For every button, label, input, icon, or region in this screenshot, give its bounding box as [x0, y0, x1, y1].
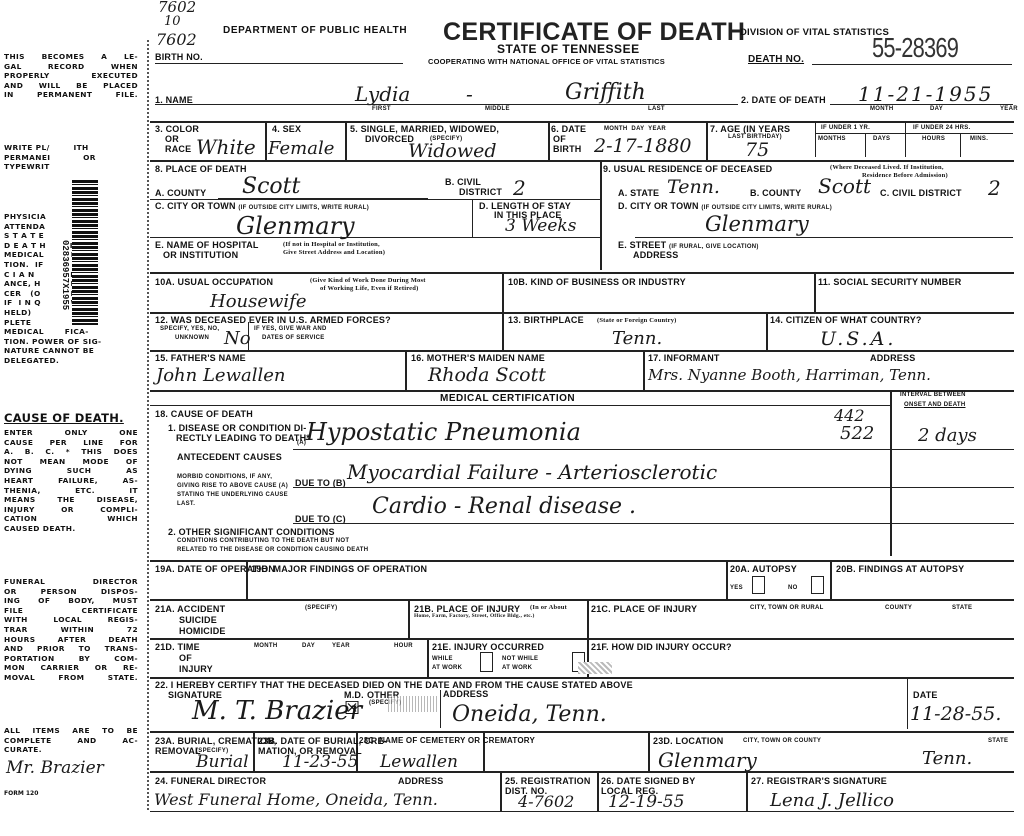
interval-value: 2 days: [918, 425, 977, 446]
last-name: Griffith: [565, 80, 646, 105]
physician-signature: M. T. Brazier: [192, 696, 362, 726]
sex-value: Female: [268, 138, 334, 159]
residence-county-value: Scott: [818, 174, 871, 198]
cause-c-value: Cardio - Renal disease .: [372, 494, 636, 519]
sidebar: THIS BECOMES A LE- GAL RECORD WHEN PROPE…: [0, 0, 150, 836]
marital-value: Widowed: [408, 140, 497, 162]
legal-notice: THIS BECOMES A LE- GAL RECORD WHEN PROPE…: [4, 52, 138, 100]
cause-b-value: Myocardial Failure - Arteriosclerotic: [347, 460, 717, 484]
residence-state-value: Tenn.: [667, 176, 720, 198]
physician-address: Oneida, Tenn.: [452, 702, 607, 727]
death-no-label: Death No.: [748, 54, 804, 65]
state-label: State of Tennessee: [497, 42, 640, 56]
death-city-value: Glenmary: [236, 212, 355, 240]
form-number: FORM 120: [4, 790, 38, 797]
citizen-value: U.S.A.: [820, 328, 896, 350]
residence-city-value: Glenmary: [705, 212, 809, 236]
burial-location-city: Glenmary: [658, 748, 757, 772]
funeral-value: West Funeral Home, Oneida, Tenn.: [154, 790, 438, 809]
stamp-mid: 10: [164, 14, 181, 29]
burial-value: Burial: [196, 752, 249, 772]
father-value: John Lewallen: [156, 365, 285, 386]
barcode-number: 02836957X1955: [56, 240, 70, 300]
cause-code-2: 522: [840, 423, 874, 444]
residence-district-value: 2: [988, 176, 1001, 200]
burial-location-state: Tenn.: [922, 748, 972, 769]
stay-value: 3 Weeks: [505, 216, 576, 236]
date-of-death-value: 11-21-1955: [858, 82, 993, 106]
armed-forces-value: No: [224, 328, 251, 349]
write-notice: WRITE PL/ ITH PERMANEI OR TYPEWRIT: [4, 143, 138, 172]
middle-name: -: [466, 82, 473, 106]
death-district-value: 2: [513, 176, 526, 200]
cause-heading: CAUSE OF DEATH.: [4, 411, 124, 425]
perforation-line: [147, 40, 149, 810]
barcode: [72, 180, 98, 325]
birth-date-value: 2-17-1880: [594, 135, 691, 157]
certify-date: 11-28-55.: [910, 703, 1001, 725]
funeral-notice: FUNERAL DIRECTOR OR PERSON DISPOS- ING O…: [4, 577, 138, 683]
race-value: White: [196, 135, 256, 159]
birthplace-value: Tenn.: [612, 328, 662, 349]
division-label: Division of Vital Statistics: [740, 27, 889, 38]
registrar-signature: Lena J. Jellico: [770, 790, 894, 811]
birth-no-label: Birth No.: [155, 52, 203, 62]
department-label: Department of Public Health: [223, 25, 407, 36]
md-checkbox[interactable]: ☒: [344, 698, 360, 719]
date-signed-value: 12-19-55: [608, 792, 684, 812]
cause-a-value: Hypostatic Pneumonia: [306, 418, 581, 446]
date-stamp: [388, 696, 438, 712]
medical-certification-heading: Medical Certification: [440, 393, 575, 404]
injury-while-at-work-checkbox[interactable]: [480, 652, 493, 672]
autopsy-yes-checkbox[interactable]: [752, 576, 765, 594]
cooperating-label: Cooperating with National Office of Vita…: [428, 57, 665, 66]
mother-value: Rhoda Scott: [428, 364, 546, 386]
informant-value: Mrs. Nyanne Booth, Harriman, Tenn.: [648, 366, 931, 384]
registration-value: 4-7602: [518, 792, 574, 811]
autopsy-no-checkbox[interactable]: [811, 576, 824, 594]
first-name: Lydia: [355, 82, 410, 106]
occupation-value: Housewife: [210, 291, 307, 312]
sidebar-signature: Mr. Brazier: [6, 758, 104, 778]
stamp-mark: [578, 662, 612, 674]
cause-notice: ENTER ONLY ONE CAUSE PER LINE FOR A. B. …: [4, 428, 138, 534]
death-no-value: 55-28369: [872, 32, 958, 64]
death-county-value: Scott: [242, 174, 300, 199]
burial-date-value: 11-23-55: [282, 752, 358, 772]
physician-notice: PHYSICIA IN ATTENDA S T S T A T E O F D …: [4, 212, 138, 366]
date-of-death-label: 2. Date of Death: [741, 95, 826, 105]
complete-notice: ALL ITEMS ARE TO BE COMPLETE AND AC- CUR…: [4, 726, 138, 755]
birth-no-value: 7602: [156, 30, 197, 49]
cemetery-value: Lewallen: [380, 752, 458, 772]
age-value: 75: [745, 139, 769, 161]
